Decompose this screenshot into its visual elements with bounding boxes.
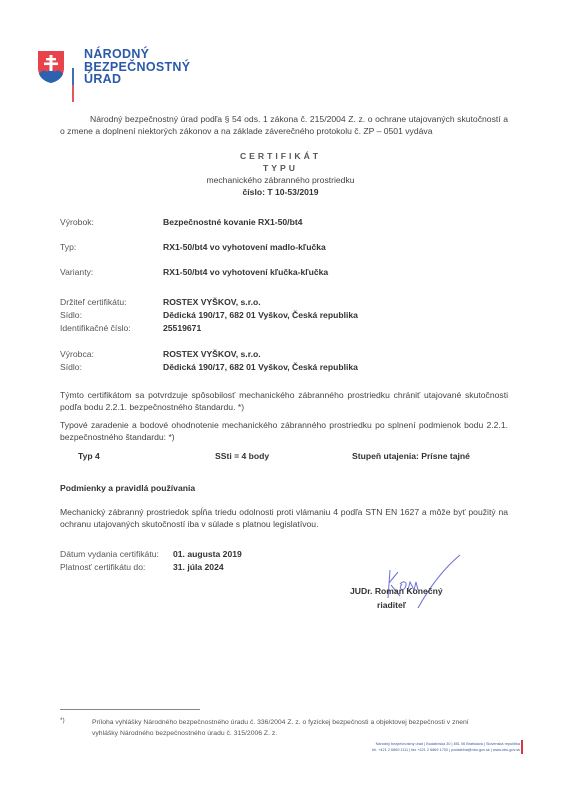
confirmation-paragraph: Týmto certifikátom sa potvrdzuje spôsobi…: [60, 389, 508, 413]
footnote-mark: *): [60, 717, 65, 724]
classification-paragraph: Typové zaradenie a bodové ohodnotenie me…: [60, 419, 508, 443]
classification-level: Stupeň utajenia: Prísne tajné: [352, 451, 470, 461]
value: RX1-50/bt4 vo vyhotovení kľučka-kľučka: [163, 266, 328, 278]
label: Platnosť certifikátu do:: [60, 561, 173, 573]
label: Identifikačné číslo:: [60, 322, 163, 334]
label: Výrobca:: [60, 348, 163, 360]
value: Dědická 190/17, 682 01 Vyškov, Česká rep…: [163, 309, 358, 321]
signatory-name: JUDr. Roman Konečný: [350, 586, 443, 596]
header-divider: [72, 68, 74, 102]
signatory-role: riaditeľ: [377, 600, 406, 610]
footer-contact: tel. +421 2 6869 1111 | fax +421 2 6869 …: [310, 747, 520, 753]
row-holder-sidlo: Sídlo: Dědická 190/17, 682 01 Vyškov, Če…: [60, 309, 520, 321]
type-class: Typ 4: [78, 451, 100, 461]
value: 31. júla 2024: [173, 561, 224, 573]
value: Dědická 190/17, 682 01 Vyškov, Česká rep…: [163, 361, 358, 373]
row-manufacturer-sidlo: Sídlo: Dědická 190/17, 682 01 Vyškov, Če…: [60, 361, 520, 373]
label: Typ:: [60, 241, 163, 253]
label: Držiteľ certifikátu:: [60, 296, 163, 308]
label: Výrobok:: [60, 216, 163, 228]
footnote-divider: [60, 709, 200, 710]
conditions-heading: Podmienky a pravidlá používania: [60, 483, 195, 493]
certificate-title: CERTIFIKÁT TYPU mechanického zábranného …: [0, 150, 561, 198]
row-varianty: Varianty: RX1-50/bt4 vo vyhotovení kľučk…: [60, 266, 520, 278]
security-score: SSti = 4 body: [215, 451, 269, 461]
value: 25519671: [163, 322, 201, 334]
row-drzitel: Držiteľ certifikátu: ROSTEX VYŠKOV, s.r.…: [60, 296, 520, 308]
label: Dátum vydania certifikátu:: [60, 548, 173, 560]
organization-name: NÁRODNÝ BEZPEČNOSTNÝ ÚRAD: [84, 48, 190, 86]
intro-paragraph: Národný bezpečnostný úrad podľa § 54 ods…: [60, 113, 508, 137]
footnote-text: Príloha vyhlášky Národného bezpečnostnéh…: [92, 717, 492, 739]
intro-text: Národný bezpečnostný úrad podľa § 54 ods…: [60, 114, 508, 136]
value: 01. augusta 2019: [173, 548, 242, 560]
row-ico: Identifikačné číslo: 25519671: [60, 322, 520, 334]
title-typu: TYPU: [0, 162, 561, 174]
org-line-3: ÚRAD: [84, 73, 190, 86]
certificate-number: číslo: T 10-53/2019: [0, 186, 561, 198]
label: Sídlo:: [60, 361, 163, 373]
value: Bezpečnostné kovanie RX1-50/bt4: [163, 216, 302, 228]
value: ROSTEX VYŠKOV, s.r.o.: [163, 348, 261, 360]
page-footer: Národný bezpečnostný úrad | Budatínska 3…: [310, 741, 520, 753]
title-certifikat: CERTIFIKÁT: [0, 150, 561, 162]
label: Varianty:: [60, 266, 163, 278]
row-vyrobca: Výrobca: ROSTEX VYŠKOV, s.r.o.: [60, 348, 520, 360]
row-vyrobok: Výrobok: Bezpečnostné kovanie RX1-50/bt4: [60, 216, 520, 228]
org-line-1: NÁRODNÝ: [84, 48, 190, 61]
row-typ: Typ: RX1-50/bt4 vo vyhotovení madlo-kľuč…: [60, 241, 520, 253]
label: Sídlo:: [60, 309, 163, 321]
footer-accent-bar: [521, 740, 523, 754]
slovak-coat-of-arms-icon: [37, 50, 65, 84]
value: RX1-50/bt4 vo vyhotovení madlo-kľučka: [163, 241, 326, 253]
value: ROSTEX VYŠKOV, s.r.o.: [163, 296, 261, 308]
conditions-text: Mechanický zábranný prostriedok spĺňa tr…: [60, 506, 508, 530]
title-subject: mechanického zábranného prostriedku: [0, 174, 561, 186]
